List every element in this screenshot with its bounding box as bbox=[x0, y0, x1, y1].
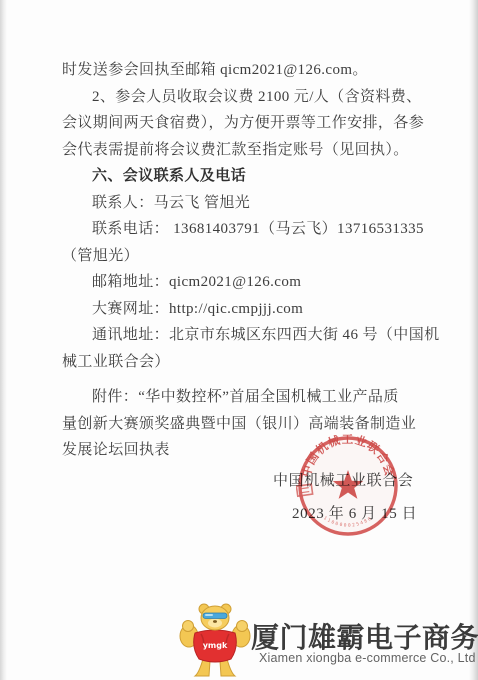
doc-line-email: 邮箱地址：qicm2021@126.com bbox=[62, 269, 432, 296]
doc-line-address: 通讯地址：北京市东城区东四西大街 46 号（中国机 bbox=[62, 322, 432, 349]
official-red-seal-icon: 中国机械工业联合会 110000025480 bbox=[296, 434, 400, 538]
bear-mascot-logo-icon: ymgk bbox=[179, 603, 251, 678]
doc-line: 2、参会人员收取会议费 2100 元/人（含资料费、 bbox=[62, 84, 432, 111]
doc-line: 会议期间两天食宿费），为方便开票等工作安排，各参 bbox=[62, 110, 432, 137]
doc-line: 械工业联合会） bbox=[62, 349, 432, 376]
doc-line: 时发送参会回执至邮箱 qicm2021@126.com。 bbox=[62, 57, 432, 84]
scan-edge-right bbox=[469, 0, 478, 680]
footer-company-title: 厦门雄霸电子商务 bbox=[251, 616, 478, 656]
doc-line-attachment: 附件：“华中数控杯”首届全国机械工业产品质 bbox=[62, 384, 432, 411]
footer-company-subtitle-en: Xiamen xiongba e-commerce Co., Ltd bbox=[259, 651, 476, 665]
doc-line-contact-names: 联系人：马云飞 管旭光 bbox=[62, 190, 432, 217]
doc-line: （管旭光） bbox=[62, 243, 432, 270]
doc-section-heading: 六、会议联系人及电话 bbox=[62, 163, 432, 190]
doc-line-phone: 联系电话： 13681403791（马云飞）13716531335 bbox=[62, 216, 432, 243]
doc-line: 会代表需提前将会议费汇款至指定账号（见回执）。 bbox=[62, 137, 432, 164]
doc-line-website: 大赛网址：http://qic.cmpjjj.com bbox=[62, 296, 432, 323]
mascot-shirt-text: ymgk bbox=[203, 641, 228, 650]
document-body: 时发送参会回执至邮箱 qicm2021@126.com。 2、参会人员收取会议费… bbox=[62, 57, 432, 464]
scan-edge-left bbox=[0, 0, 7, 680]
scanned-document-page: 时发送参会回执至邮箱 qicm2021@126.com。 2、参会人员收取会议费… bbox=[0, 0, 478, 680]
